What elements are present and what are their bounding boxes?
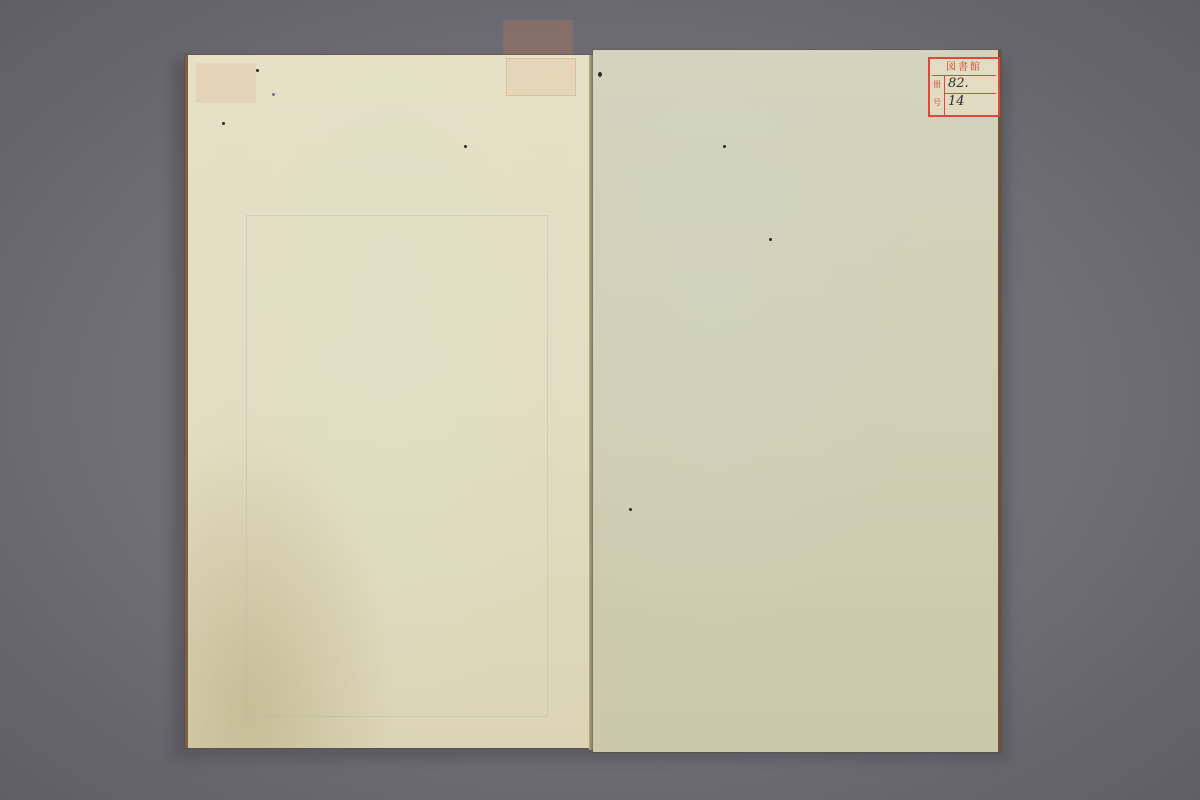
stamp-value-volume: 82. xyxy=(948,76,969,91)
faint-stamp-bleed xyxy=(506,58,576,96)
stamp-header: 図書館 xyxy=(932,61,996,76)
ink-spot xyxy=(629,508,632,511)
ink-spot xyxy=(272,93,275,96)
show-through-frame xyxy=(246,215,548,717)
faint-stamp-top xyxy=(503,20,573,58)
right-page xyxy=(593,50,1001,752)
faint-mark xyxy=(196,63,256,103)
stamp-label: 冊 xyxy=(930,76,944,94)
ink-spot xyxy=(723,145,726,148)
ink-spot xyxy=(598,72,602,77)
ink-spot xyxy=(769,238,772,241)
ink-spot xyxy=(256,69,259,72)
stamp-labels: 冊 号 xyxy=(930,76,945,115)
ink-spot xyxy=(222,122,225,125)
stamp-value-number: 14 xyxy=(948,94,965,109)
library-stamp: 図書館 冊 号 82. 14 xyxy=(928,57,1000,117)
left-page xyxy=(185,55,593,748)
ink-spot xyxy=(464,145,467,148)
stamp-label: 号 xyxy=(930,94,944,112)
